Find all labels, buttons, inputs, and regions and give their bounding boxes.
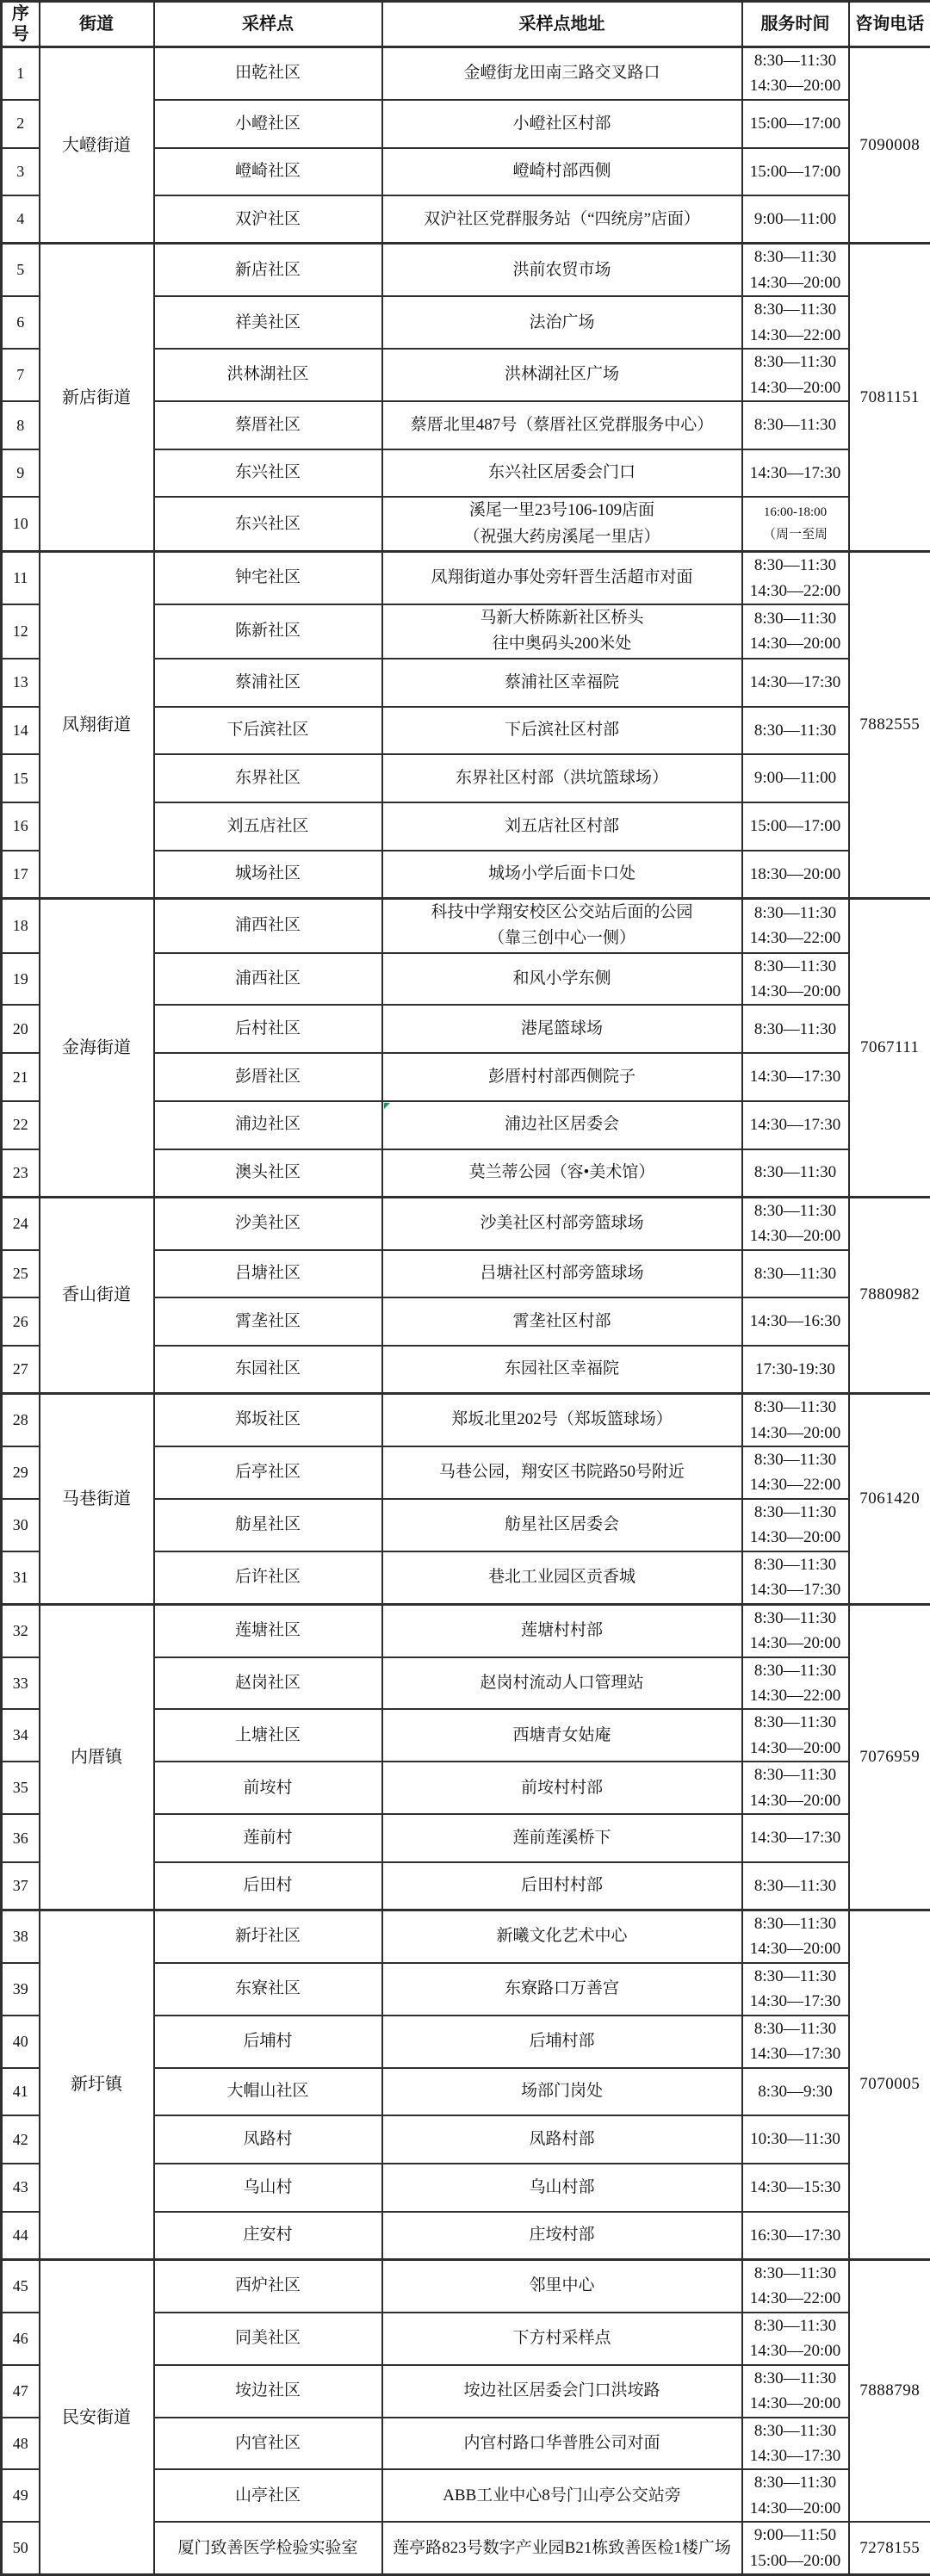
time-line: 8:30—11:30 [745, 350, 846, 375]
time-cell: 14:30—16:30 [742, 1297, 849, 1346]
time-line: 8:30—11:30 [745, 297, 846, 322]
time-line: 14:30—22:00 [745, 323, 846, 348]
address-cell: 法治广场 [382, 296, 742, 349]
address-cell: 场部门岗处 [382, 2068, 742, 2116]
time-line: 9:00—11:00 [745, 207, 846, 232]
row-number-cell: 3 [2, 148, 40, 196]
time-line: 14:30—22:00 [745, 2286, 846, 2311]
address-cell: 浦边社区居委会 [382, 1101, 742, 1149]
time-line: 14:30—22:00 [745, 1683, 846, 1708]
time-cell: 8:30—11:3014:30—20:00 [742, 2469, 849, 2522]
time-line: 8:30—9:30 [745, 2079, 846, 2104]
row-number-cell: 25 [2, 1250, 40, 1298]
time-line: 14:30—20:00 [745, 1223, 846, 1248]
time-line: 14:30—20:00 [745, 270, 846, 295]
address-line: 凤路村部 [385, 2127, 740, 2152]
time-line: 8:30—11:30 [745, 1964, 846, 1989]
point-cell: 洪林湖社区 [154, 349, 382, 401]
point-cell: 澳头社区 [154, 1149, 382, 1198]
time-cell: 8:30—11:3014:30—20:00 [742, 1499, 849, 1551]
row-number-cell: 24 [2, 1197, 40, 1249]
time-line: 18:30—20:00 [745, 862, 846, 887]
time-cell: 8:30—11:3014:30—20:00 [742, 349, 849, 401]
time-line: 9:00—11:50 [745, 2523, 846, 2548]
table-row: 1大嶝街道田乾社区金嶝街龙田南三路交叉路口8:30—11:3014:30—20:… [2, 47, 930, 100]
time-line: 14:30—20:00 [745, 979, 846, 1004]
time-line: 15:00—20:00 [745, 2548, 846, 2573]
time-cell: 8:30—11:3014:30—20:00 [742, 1197, 849, 1249]
time-line: 17:30-19:30 [745, 1357, 846, 1382]
point-cell: 莲前村 [154, 1814, 382, 1862]
phone-cell: 7081151 [849, 244, 930, 552]
col-header-seq: 序号 [2, 2, 40, 47]
address-line: 郑坂北里202号（郑坂篮球场） [385, 1407, 740, 1433]
address-line: 蔡浦社区幸福院 [385, 670, 740, 696]
point-cell: 祥美社区 [154, 296, 382, 349]
time-line: （周一至周 [745, 524, 846, 547]
time-line: 8:30—11:30 [745, 1500, 846, 1525]
row-number-cell: 50 [2, 2522, 40, 2574]
point-cell: 乌山村 [154, 2164, 382, 2212]
time-cell: 9:00—11:00 [742, 754, 849, 802]
address-line: （祝强大药房溪尾一里店） [385, 524, 740, 550]
phone-cell: 7070005 [849, 1910, 930, 2260]
time-cell: 8:30—11:3014:30—20:00 [742, 2313, 849, 2365]
address-line: 洪林湖社区广场 [385, 362, 740, 387]
address-line: 东界社区村部（洪坑篮球场） [385, 765, 740, 791]
row-number-cell: 30 [2, 1499, 40, 1551]
point-cell: 后村社区 [154, 1005, 382, 1053]
row-number-cell: 43 [2, 2164, 40, 2212]
time-cell: 14:30—17:30 [742, 1814, 849, 1862]
time-line: 14:30—20:00 [745, 1736, 846, 1761]
row-number-cell: 7 [2, 349, 40, 401]
street-cell: 内厝镇 [40, 1604, 154, 1910]
point-cell: 小嶝社区 [154, 100, 382, 148]
time-line: 14:30—20:00 [745, 1788, 846, 1813]
address-cell: 莫兰蒂公园（容•美术馆） [382, 1149, 742, 1198]
point-cell: 蔡浦社区 [154, 659, 382, 707]
point-cell: 浦西社区 [154, 898, 382, 952]
time-line: 8:30—11:30 [745, 412, 846, 437]
address-cell: 和风小学东侧 [382, 953, 742, 1006]
address-cell: 吕塘社区村部旁篮球场 [382, 1250, 742, 1298]
point-cell: 郑坂社区 [154, 1394, 382, 1446]
row-number-cell: 20 [2, 1005, 40, 1053]
address-cell: 东寮路口万善宫 [382, 1963, 742, 2016]
point-cell: 新店社区 [154, 244, 382, 296]
point-cell: 赵岗社区 [154, 1657, 382, 1710]
address-line: 和风小学东侧 [385, 966, 740, 992]
row-number-cell: 11 [2, 552, 40, 604]
time-line: 8:30—11:30 [745, 1762, 846, 1787]
time-line: 8:30—11:30 [745, 2418, 846, 2443]
address-line: 垵边社区居委会门口洪垵路 [385, 2378, 740, 2404]
point-cell: 后埔村 [154, 2016, 382, 2068]
time-line: 14:30—20:00 [745, 2496, 846, 2521]
time-cell: 8:30—11:3014:30—17:30 [742, 2418, 849, 2470]
time-line: 8:30—11:30 [745, 718, 846, 743]
address-line: 巷北工业园区贡香城 [385, 1564, 740, 1590]
address-line: 双沪社区党群服务站（“四统房”店面） [385, 207, 740, 232]
row-number-cell: 22 [2, 1101, 40, 1149]
time-cell: 8:30—11:3014:30—20:00 [742, 244, 849, 296]
address-line: 科技中学翔安校区公交站后面的公园 [385, 900, 740, 926]
row-number-cell: 13 [2, 659, 40, 707]
time-line: 14:30—20:00 [745, 2391, 846, 2416]
point-cell: 陈新社区 [154, 604, 382, 659]
time-cell: 8:30—11:3014:30—20:00 [742, 1604, 849, 1656]
time-cell: 8:30—11:30 [742, 707, 849, 755]
street-cell: 凤翔街道 [40, 552, 154, 899]
table-row: 5新店街道新店社区洪前农贸市场8:30—11:3014:30—20:007081… [2, 244, 930, 296]
phone-cell: 7067111 [849, 898, 930, 1197]
row-number-cell: 41 [2, 2068, 40, 2116]
time-line: 9:00—11:00 [745, 765, 846, 790]
time-cell: 8:30—11:30 [742, 1862, 849, 1910]
address-cell: 莲亭路823号数字产业园B21栋致善医检1楼广场 [382, 2522, 742, 2574]
time-line: 14:30—16:30 [745, 1309, 846, 1334]
time-cell: 8:30—11:3014:30—22:00 [742, 296, 849, 349]
row-number-cell: 5 [2, 244, 40, 296]
address-line: 东兴社区居委会门口 [385, 460, 740, 486]
address-cell: 马新大桥陈新社区桥头往中奥码头200米处 [382, 604, 742, 659]
col-header-point: 采样点 [154, 2, 382, 47]
time-cell: 18:30—20:00 [742, 851, 849, 899]
time-cell: 17:30-19:30 [742, 1346, 849, 1394]
row-number-cell: 28 [2, 1394, 40, 1446]
row-number-cell: 37 [2, 1862, 40, 1910]
time-cell: 10:30—11:30 [742, 2115, 849, 2164]
point-cell: 前垵村 [154, 1762, 382, 1814]
address-line: 洪前农贸市场 [385, 257, 740, 283]
address-cell: 溪尾一里23号106-109店面（祝强大药房溪尾一里店） [382, 497, 742, 551]
col-header-phone: 咨询电话 [849, 2, 930, 47]
time-line: 8:30—11:30 [745, 1017, 846, 1042]
time-line: 8:30—11:30 [745, 553, 846, 578]
point-cell: 吕塘社区 [154, 1250, 382, 1298]
time-line: 8:30—11:30 [745, 2261, 846, 2286]
time-cell: 8:30—11:3014:30—20:00 [742, 1762, 849, 1814]
address-line: 刘五店社区村部 [385, 814, 740, 839]
address-line: 赵岗村流动人口管理站 [385, 1670, 740, 1696]
address-line: 后埔村部 [385, 2028, 740, 2054]
time-cell: 8:30—11:3014:30—22:00 [742, 898, 849, 952]
address-line: 莲前莲溪桥下 [385, 1825, 740, 1851]
address-line: 东园社区幸福院 [385, 1356, 740, 1382]
time-cell: 8:30—11:3014:30—22:00 [742, 552, 849, 604]
address-line: 莲塘村村部 [385, 1618, 740, 1644]
time-line: 8:30—11:30 [745, 1198, 846, 1223]
time-line: 8:30—11:30 [745, 1395, 846, 1420]
address-cell: 后埔村部 [382, 2016, 742, 2068]
address-cell: 内官村路口华普胜公司对面 [382, 2418, 742, 2470]
time-cell: 8:30—11:3014:30—22:00 [742, 1657, 849, 1710]
row-number-cell: 10 [2, 497, 40, 551]
point-cell: 霄垄社区 [154, 1297, 382, 1346]
address-cell: 蔡厝北里487号（蔡厝社区党群服务中心） [382, 401, 742, 449]
time-line: 14:30—20:00 [745, 1631, 846, 1656]
time-cell: 16:30—17:30 [742, 2212, 849, 2260]
address-line: 嶝崎村部西侧 [385, 158, 740, 184]
time-cell: 15:00—17:00 [742, 148, 849, 196]
row-number-cell: 26 [2, 1297, 40, 1346]
time-line: 14:30—17:30 [745, 1064, 846, 1089]
time-cell: 8:30—9:30 [742, 2068, 849, 2116]
address-cell: 后田村村部 [382, 1862, 742, 1910]
time-cell: 9:00—11:5015:00—20:00 [742, 2522, 849, 2574]
point-cell: 上塘社区 [154, 1709, 382, 1762]
row-number-cell: 12 [2, 604, 40, 659]
time-line: 8:30—11:30 [745, 2366, 846, 2391]
address-line: 溪尾一里23号106-109店面 [385, 498, 740, 523]
time-cell: 8:30—11:3014:30—22:00 [742, 1446, 849, 1499]
row-number-cell: 36 [2, 1814, 40, 1862]
address-line: 港尾篮球场 [385, 1016, 740, 1042]
time-line: 8:30—11:30 [745, 954, 846, 979]
point-cell: 蔡厝社区 [154, 401, 382, 449]
point-cell: 内官社区 [154, 2418, 382, 2470]
time-line: 14:30—17:30 [745, 1112, 846, 1137]
time-line: 14:30—20:00 [745, 375, 846, 400]
point-cell: 东园社区 [154, 1346, 382, 1394]
address-cell: 邻里中心 [382, 2259, 742, 2312]
time-line: 15:00—17:00 [745, 111, 846, 136]
point-cell: 东寮社区 [154, 1963, 382, 2016]
time-cell: 8:30—11:3014:30—22:00 [742, 2259, 849, 2312]
row-number-cell: 29 [2, 1446, 40, 1499]
address-cell: 巷北工业园区贡香城 [382, 1551, 742, 1604]
point-cell: 新圩社区 [154, 1910, 382, 1963]
point-cell: 城场社区 [154, 851, 382, 899]
time-cell: 14:30—15:30 [742, 2164, 849, 2212]
time-cell: 16:00-18:00（周一至周 [742, 497, 849, 551]
phone-cell: 7061420 [849, 1394, 930, 1605]
address-line: 浦边社区居委会 [385, 1112, 740, 1137]
address-cell: 科技中学翔安校区公交站后面的公园（靠三创中心一侧） [382, 898, 742, 952]
point-cell: 双沪社区 [154, 195, 382, 244]
address-line: 城场小学后面卡口处 [385, 861, 740, 887]
time-line: 8:30—11:30 [745, 1658, 846, 1683]
point-cell: 厦门致善医学检验实验室 [154, 2522, 382, 2574]
time-line: 8:30—11:30 [745, 1911, 846, 1936]
time-line: 8:30—11:30 [745, 1552, 846, 1577]
time-cell: 8:30—11:3014:30—20:00 [742, 604, 849, 659]
row-number-cell: 18 [2, 898, 40, 952]
time-line: 14:30—20:00 [745, 2338, 846, 2363]
point-cell: 浦西社区 [154, 953, 382, 1006]
time-line: 16:30—17:30 [745, 2223, 846, 2248]
phone-cell: 7882555 [849, 552, 930, 899]
address-line: 舫星社区居委会 [385, 1512, 740, 1538]
address-line: 吕塘社区村部旁篮球场 [385, 1260, 740, 1286]
time-cell: 8:30—11:30 [742, 401, 849, 449]
address-cell: 沙美社区村部旁篮球场 [382, 1197, 742, 1249]
time-cell: 8:30—11:3014:30—17:30 [742, 1551, 849, 1604]
address-line: 法治广场 [385, 310, 740, 336]
phone-cell: 7888798 [849, 2259, 930, 2522]
address-cell: 郑坂北里202号（郑坂篮球场） [382, 1394, 742, 1446]
row-number-cell: 45 [2, 2259, 40, 2312]
row-number-cell: 40 [2, 2016, 40, 2068]
time-line: 14:30—20:00 [745, 1525, 846, 1550]
address-cell: 东兴社区居委会门口 [382, 449, 742, 498]
point-cell: 后亭社区 [154, 1446, 382, 1499]
sampling-points-page: { "colors":{ "border":"#2e2e2e", "text":… [0, 0, 930, 2576]
address-cell: 金嶝街龙田南三路交叉路口 [382, 47, 742, 100]
address-cell: 东园社区幸福院 [382, 1346, 742, 1394]
address-line: 金嶝街龙田南三路交叉路口 [385, 60, 740, 86]
table-row: 11凤翔街道钟宅社区凤翔街道办事处旁轩晋生活超市对面8:30—11:3014:3… [2, 552, 930, 604]
address-cell: 洪林湖社区广场 [382, 349, 742, 401]
time-cell: 14:30—17:30 [742, 449, 849, 498]
address-cell: 乌山村部 [382, 2164, 742, 2212]
row-number-cell: 42 [2, 2115, 40, 2164]
point-cell: 田乾社区 [154, 47, 382, 100]
time-cell: 8:30—11:30 [742, 1005, 849, 1053]
point-cell: 山亭社区 [154, 2469, 382, 2522]
time-line: 15:00—17:00 [745, 814, 846, 839]
address-cell: 霄垄社区村部 [382, 1297, 742, 1346]
address-line: （靠三创中心一侧） [385, 926, 740, 951]
address-cell: ABB工业中心8号门山亭公交站旁 [382, 2469, 742, 2522]
row-number-cell: 27 [2, 1346, 40, 1394]
address-line: 东寮路口万善宫 [385, 1976, 740, 2002]
time-cell: 8:30—11:30 [742, 1250, 849, 1298]
address-line: 莲亭路823号数字产业园B21栋致善医检1楼广场 [385, 2536, 740, 2561]
address-line: 沙美社区村部旁篮球场 [385, 1211, 740, 1236]
point-cell: 后田村 [154, 1862, 382, 1910]
phone-cell: 7278155 [849, 2522, 930, 2574]
point-cell: 庄安村 [154, 2212, 382, 2260]
time-line: 8:30—11:30 [745, 606, 846, 631]
point-cell: 东界社区 [154, 754, 382, 802]
address-cell: 蔡浦社区幸福院 [382, 659, 742, 707]
row-number-cell: 31 [2, 1551, 40, 1604]
address-cell: 新曦文化艺术中心 [382, 1910, 742, 1963]
address-cell: 莲前莲溪桥下 [382, 1814, 742, 1862]
address-cell: 东界社区村部（洪坑篮球场） [382, 754, 742, 802]
time-cell: 9:00—11:00 [742, 195, 849, 244]
address-cell: 凤路村部 [382, 2115, 742, 2164]
time-line: 8:30—11:30 [745, 1606, 846, 1631]
address-line: 彭厝村村部西侧院子 [385, 1064, 740, 1090]
address-cell: 双沪社区党群服务站（“四统房”店面） [382, 195, 742, 244]
address-line: 凤翔街道办事处旁轩晋生活超市对面 [385, 565, 740, 591]
row-number-cell: 33 [2, 1657, 40, 1710]
address-line: 庄垵村部 [385, 2222, 740, 2248]
row-number-cell: 14 [2, 707, 40, 755]
address-cell: 嶝崎村部西侧 [382, 148, 742, 196]
address-line: 霄垄社区村部 [385, 1309, 740, 1334]
row-number-cell: 44 [2, 2212, 40, 2260]
address-line: 前垵村村部 [385, 1775, 740, 1801]
address-cell: 凤翔街道办事处旁轩晋生活超市对面 [382, 552, 742, 604]
time-cell: 14:30—17:30 [742, 1101, 849, 1149]
street-cell: 新圩镇 [40, 1910, 154, 2260]
time-line: 16:00-18:00 [745, 502, 846, 524]
point-cell: 嶝崎社区 [154, 148, 382, 196]
address-line: 下后滨社区村部 [385, 717, 740, 743]
address-cell: 下后滨社区村部 [382, 707, 742, 755]
address-cell: 洪前农贸市场 [382, 244, 742, 296]
time-line: 14:30—17:30 [745, 1989, 846, 2014]
address-line: ABB工业中心8号门山亭公交站旁 [385, 2483, 740, 2509]
address-line: 内官村路口华普胜公司对面 [385, 2430, 740, 2456]
time-line: 8:30—11:30 [745, 48, 846, 73]
street-cell: 民安街道 [40, 2259, 154, 2574]
point-cell: 大帽山社区 [154, 2068, 382, 2116]
address-line: 后田村村部 [385, 1873, 740, 1898]
col-header-time: 服务时间 [742, 2, 849, 47]
row-number-cell: 15 [2, 754, 40, 802]
time-line: 14:30—17:30 [745, 2443, 846, 2468]
time-line: 14:30—20:00 [745, 1936, 846, 1961]
time-cell: 8:30—11:3014:30—20:00 [742, 1709, 849, 1762]
row-number-cell: 48 [2, 2418, 40, 2470]
phone-cell: 7090008 [849, 47, 930, 244]
address-line: 乌山村部 [385, 2175, 740, 2201]
address-cell: 舫星社区居委会 [382, 1499, 742, 1551]
street-cell: 新店街道 [40, 244, 154, 552]
time-cell: 8:30—11:30 [742, 1149, 849, 1198]
address-cell: 西塘青女姑庵 [382, 1709, 742, 1762]
col-header-street: 街道 [40, 2, 154, 47]
row-number-cell: 21 [2, 1053, 40, 1101]
address-line: 邻里中心 [385, 2273, 740, 2299]
address-cell: 垵边社区居委会门口洪垵路 [382, 2365, 742, 2418]
phone-cell: 7880982 [849, 1197, 930, 1393]
time-line: 8:30—11:30 [745, 1447, 846, 1472]
point-cell: 莲塘社区 [154, 1604, 382, 1656]
time-line: 14:30—20:00 [745, 1421, 846, 1446]
address-line: 往中奥码头200米处 [385, 631, 740, 657]
time-line: 14:30—22:00 [745, 1472, 846, 1497]
address-cell: 庄垵村部 [382, 2212, 742, 2260]
street-cell: 金海街道 [40, 898, 154, 1197]
table-row: 32内厝镇莲塘社区莲塘村村部8:30—11:3014:30—20:0070769… [2, 1604, 930, 1656]
time-cell: 8:30—11:3014:30—20:00 [742, 953, 849, 1006]
point-cell: 钟宅社区 [154, 552, 382, 604]
time-line: 14:30—17:30 [745, 2041, 846, 2066]
time-line: 14:30—17:30 [745, 1577, 846, 1602]
sampling-points-table: 序号 街道 采样点 采样点地址 服务时间 咨询电话 1大嶝街道田乾社区金嶝街龙田… [0, 0, 930, 2576]
row-number-cell: 16 [2, 802, 40, 851]
time-line: 14:30—17:30 [745, 461, 846, 486]
table-row: 18金海街道浦西社区科技中学翔安校区公交站后面的公园（靠三创中心一侧）8:30—… [2, 898, 930, 952]
street-cell: 大嶝街道 [40, 47, 154, 244]
row-number-cell: 19 [2, 953, 40, 1006]
time-line: 14:30—17:30 [745, 670, 846, 695]
time-line: 8:30—11:30 [745, 245, 846, 269]
address-line: 蔡厝北里487号（蔡厝社区党群服务中心） [385, 412, 740, 438]
col-header-address: 采样点地址 [382, 2, 742, 47]
row-number-cell: 39 [2, 1963, 40, 2016]
address-cell: 马巷公园，翔安区书院路50号附近 [382, 1446, 742, 1499]
table-header: 序号 街道 采样点 采样点地址 服务时间 咨询电话 [2, 2, 930, 47]
time-cell: 8:30—11:3014:30—20:00 [742, 1910, 849, 1963]
row-number-cell: 49 [2, 2469, 40, 2522]
time-cell: 8:30—11:3014:30—20:00 [742, 2365, 849, 2418]
address-line: 莫兰蒂公园（容•美术馆） [385, 1160, 740, 1186]
address-line: 小嶝社区村部 [385, 111, 740, 137]
time-cell: 8:30—11:3014:30—17:30 [742, 1963, 849, 2016]
row-number-cell: 35 [2, 1762, 40, 1814]
point-cell: 东兴社区 [154, 497, 382, 551]
row-number-cell: 9 [2, 449, 40, 498]
point-cell: 垵边社区 [154, 2365, 382, 2418]
time-cell: 8:30—11:3014:30—20:00 [742, 47, 849, 100]
